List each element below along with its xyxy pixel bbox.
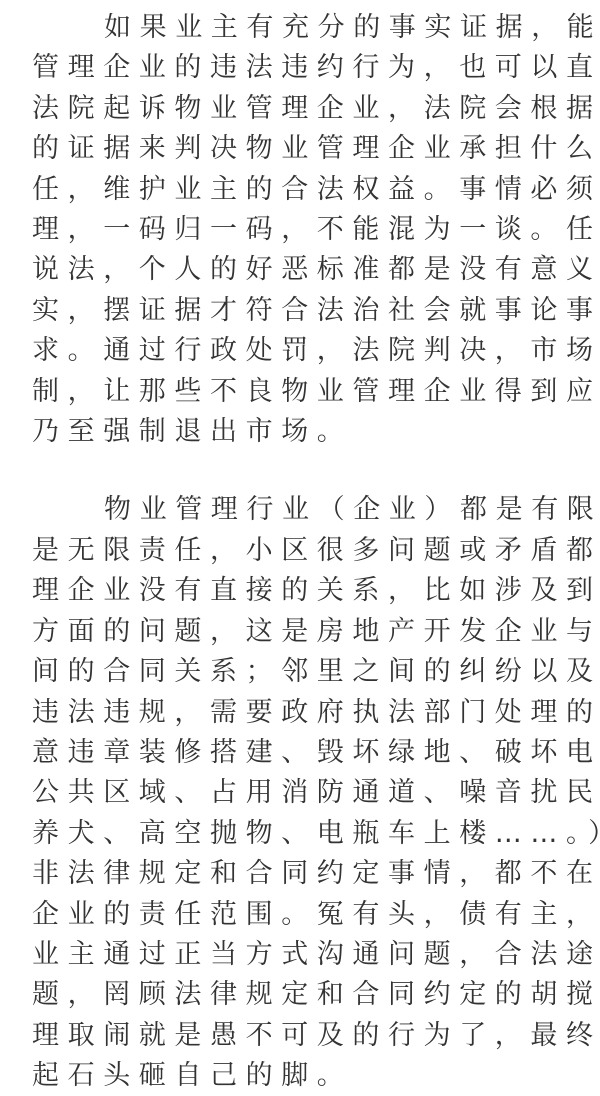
paragraph-2: 物业管理行业（企业）都是有限责任，不 是无限责任，小区很多问题或矛盾都与物业管 … — [32, 490, 572, 1096]
text-line: 理，一码归一码，不能混为一谈。任何口头的 — [32, 210, 572, 250]
text-line: 非法律规定和合同约定事情，都不在物业管理 — [32, 854, 572, 894]
text-line: 是无限责任，小区很多问题或矛盾都与物业管 — [32, 531, 572, 571]
article-body: 如果业主有充分的事实证据，能证明物业 管理企业的违法违约行为，也可以直接向人民 … — [32, 8, 572, 1096]
text-line: 题，罔顾法律规定和合同约定的胡搅蛮缠，无 — [32, 975, 572, 1015]
text-line: 违法违规，需要政府执法部门处理的事情（蓄 — [32, 693, 572, 733]
text-line: 理企业没有直接的关系，比如涉及到房屋质量 — [32, 571, 572, 611]
text-line: 理取闹就是愚不可及的行为了，最终也只会搬 — [32, 1016, 572, 1056]
text-line: 公共区域、占用消防通道、噪音扰民，不文明 — [32, 773, 572, 813]
text-line: 说法，个人的好恶标准都是没有意义的，讲事 — [32, 250, 572, 290]
text-line: 任，维护业主的合法权益。事情必须分开处 — [32, 170, 572, 210]
text-line: 养犬、高空抛物、电瓶车上楼……。）；凡是 — [32, 814, 572, 854]
text-line: 求。通过行政处罚，法院判决，市场淘汰等机 — [32, 331, 572, 371]
text-line: 方面的问题，这是房地产开发企业与购房人之 — [32, 612, 572, 652]
text-line: 企业的责任范围。冤有头，债有主，我们支持 — [32, 895, 572, 935]
text-line: 制，让那些不良物业管理企业得到应有的处罚 — [32, 372, 572, 412]
text-line: 乃至强制退出市场。 — [32, 412, 572, 452]
text-line: 如果业主有充分的事实证据，能证明物业 — [32, 8, 572, 48]
text-line: 业主通过正当方式沟通问题，合法途径解决问 — [32, 935, 572, 975]
text-line: 法院起诉物业管理企业，法院会根据业主提交 — [32, 89, 572, 129]
text-line: 物业管理行业（企业）都是有限责任，不 — [32, 490, 572, 530]
paragraph-1: 如果业主有充分的事实证据，能证明物业 管理企业的违法违约行为，也可以直接向人民 … — [32, 8, 572, 452]
text-line: 间的合同关系；邻里之间的纠纷以及其他业主 — [32, 652, 572, 692]
text-line: 实，摆证据才符合法治社会就事论事的基本要 — [32, 291, 572, 331]
text-line: 管理企业的违法违约行为，也可以直接向人民 — [32, 48, 572, 88]
text-line: 的证据来判决物业管理企业承担什么样的责 — [32, 129, 572, 169]
text-line: 起石头砸自己的脚。 — [32, 1056, 572, 1096]
text-line: 意违章装修搭建、毁坏绿地、破坏电梯、侵占 — [32, 733, 572, 773]
